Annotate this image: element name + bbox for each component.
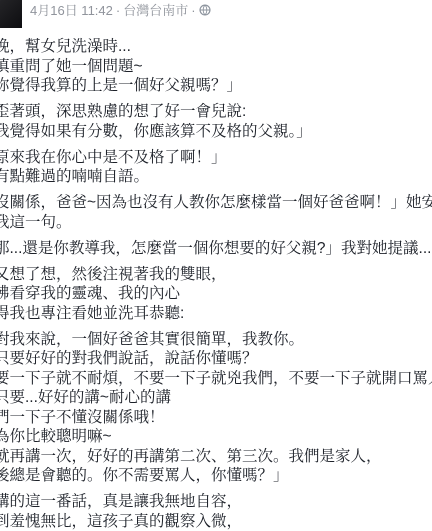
post-text-line: 原來我在你心中是不及格了啊！」 <box>0 148 432 168</box>
post-meta: 4月16日 11:42·台灣台南市· <box>30 3 211 20</box>
post-text-line: 們一下子不懂沒關係哦！ <box>0 408 432 428</box>
post-location[interactable]: 台灣台南市 <box>123 3 188 18</box>
post-paragraph: 沒關係，爸爸~因為也沒有人教你怎麼樣當一個好爸爸啊！」她安慰我這一句。 <box>0 193 432 232</box>
post-text-line: 又想了想，然後注視著我的雙眼， <box>0 265 432 285</box>
post-text-line: 講的這一番話，真是讓我無地自容， <box>0 492 432 512</box>
post-text-line: 我覺得如果有分數，你應該算不及格的父親。」 <box>0 122 432 142</box>
post-text-line: 後總是會聽的。你不需要罵人，你懂嗎？」 <box>0 466 432 486</box>
post-text-line: 慎重問了她一個問題~ <box>0 57 432 77</box>
post-text-line: 對我來說，一個好爸爸其實很簡單，我教你。 <box>0 330 432 350</box>
post-text-line: 就再講一次，好好的再講第二次、第三次。我們是家人， <box>0 447 432 467</box>
meta-separator: · <box>191 3 195 18</box>
post-paragraph: 又想了想，然後注視著我的雙眼，彿看穿我的靈魂、我的內心得我也專注看她並洗耳恭聽: <box>0 265 432 324</box>
post-text-line: 彿看穿我的靈魂、我的內心 <box>0 284 432 304</box>
post-body: 晚，幫女兒洗澡時...慎重問了她一個問題~妳覺得我算的上是一個好父親嗎？」歪著頭… <box>0 37 432 531</box>
post-paragraph: 歪著頭，深思熟慮的想了好一會兒說:我覺得如果有分數，你應該算不及格的父親。」 <box>0 102 432 141</box>
post-text-line: 妳覺得我算的上是一個好父親嗎？」 <box>0 76 432 96</box>
post-text-line: 要一下子就不耐煩，不要一下子就兇我們，不要一下子就開口罵人 <box>0 369 432 389</box>
avatar[interactable] <box>0 0 22 28</box>
post-text-line: 得我也專注看她並洗耳恭聽: <box>0 304 432 324</box>
post-paragraph: 那...還是你教導我，怎麼當一個你想要的好父親?」我對她提議... <box>0 239 432 259</box>
post-text-line: 那...還是你教導我，怎麼當一個你想要的好父親?」我對她提議... <box>0 239 432 259</box>
post-timestamp[interactable]: 4月16日 11:42 <box>30 3 113 18</box>
post-text-line: 歪著頭，深思熟慮的想了好一會兒說: <box>0 102 432 122</box>
facebook-post: 4月16日 11:42·台灣台南市· 晚，幫女兒洗澡時...慎重問了她一個問題~… <box>0 0 432 531</box>
post-text-line: 我這一句。 <box>0 213 432 233</box>
post-text-line: 沒關係，爸爸~因為也沒有人教你怎麼樣當一個好爸爸啊！」她安慰 <box>0 193 432 213</box>
post-paragraph: 講的這一番話，真是讓我無地自容，到羞愧無比，這孩子真的觀察入微， <box>0 492 432 531</box>
meta-separator: · <box>116 3 120 18</box>
post-paragraph: 晚，幫女兒洗澡時...慎重問了她一個問題~妳覺得我算的上是一個好父親嗎？」 <box>0 37 432 96</box>
post-paragraph: 對我來說，一個好爸爸其實很簡單，我教你。只要好好的對我們說話，說話你懂嗎？要一下… <box>0 330 432 486</box>
post-text-line: 晚，幫女兒洗澡時... <box>0 37 432 57</box>
post-text-line: 只要好好的對我們說話，說話你懂嗎？ <box>0 349 432 369</box>
post-text-line: 到羞愧無比，這孩子真的觀察入微， <box>0 512 432 531</box>
post-paragraph: 原來我在你心中是不及格了啊！」有點難過的喃喃自語。 <box>0 148 432 187</box>
post-text-line: 為你比較聰明嘛~ <box>0 427 432 447</box>
post-text-line: 有點難過的喃喃自語。 <box>0 167 432 187</box>
globe-icon <box>199 4 211 20</box>
post-text-line: 只要...好好的講~耐心的講 <box>0 388 432 408</box>
